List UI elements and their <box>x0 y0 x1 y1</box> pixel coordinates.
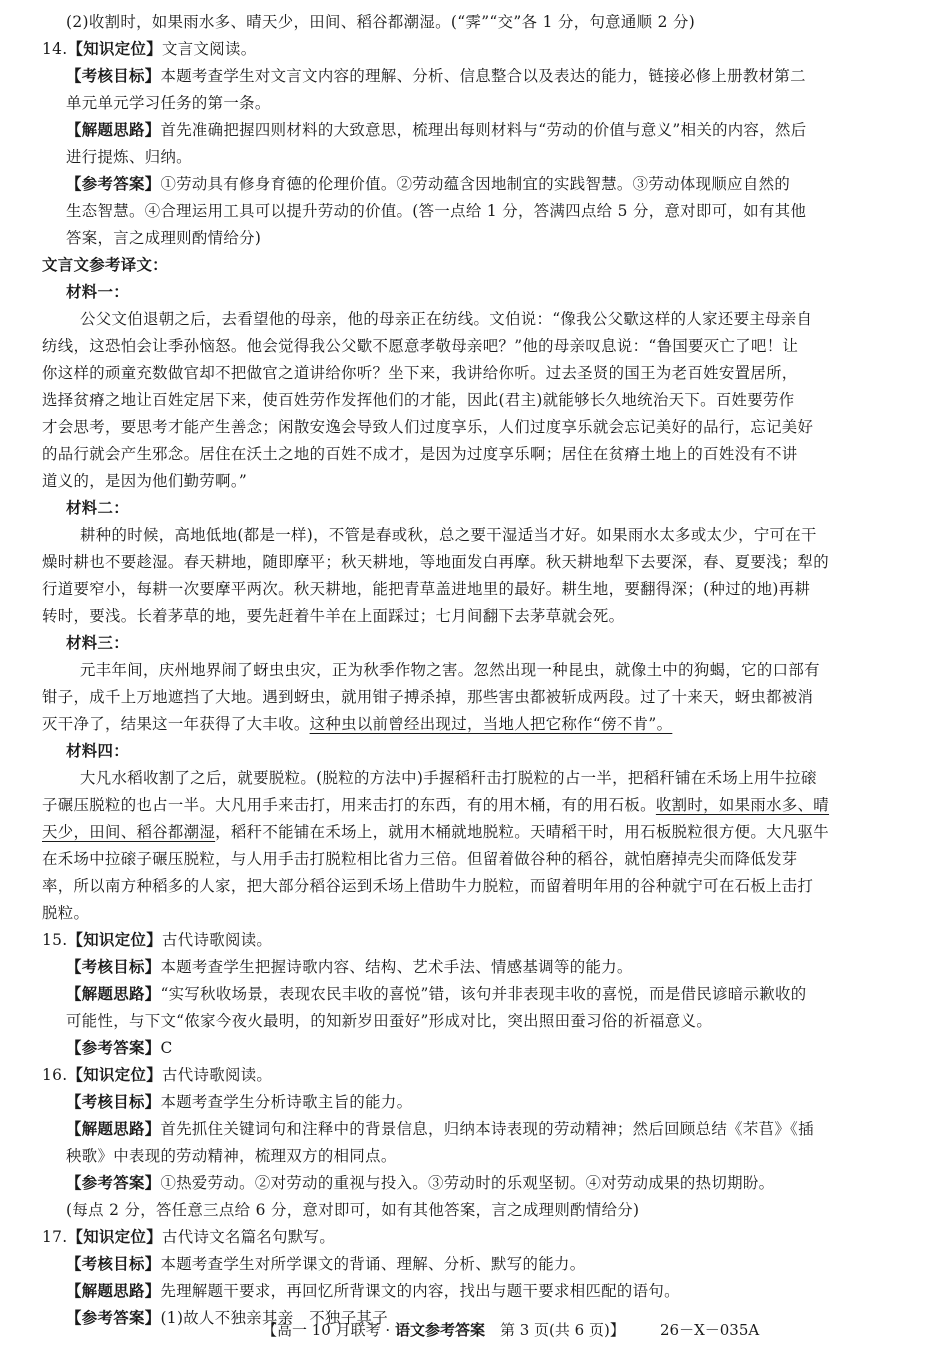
material-3-line: 元丰年间，庆州地界闹了蚜虫虫灾，正为秋季作物之害。忽然出现一种昆虫，就像土中的狗… <box>80 660 820 680</box>
goal-text: 本题考查学生对文言文内容的理解、分析、信息整合以及表达的能力，链接必修上册教材第… <box>160 67 805 85</box>
q17-goal: 【考核目标】本题考查学生对所学课文的背诵、理解、分析、默写的能力。 <box>66 1254 585 1274</box>
underlined-key-sentence: 天少，田间、稻谷都潮湿 <box>42 823 215 841</box>
knowledge-text: 古代诗文名篇名句默写。 <box>162 1228 335 1246</box>
tag-approach: 【解题思路】 <box>66 1282 160 1300</box>
q15-approach-cont: 可能性，与下文“侬家今夜火最明，的知新岁田蚕好”形成对比，突出照田蚕习俗的祈福意… <box>66 1011 712 1031</box>
material-4-line: 脱粒。 <box>42 903 89 923</box>
question-number: 15. <box>42 931 68 949</box>
footer-exam-label: 【高一 10 月联考 · <box>262 1321 395 1339</box>
material-1-line: 才会思考，要思考才能产生善念；闲散安逸会导致人们过度享乐，人们过度享乐就会忘记美… <box>42 417 813 437</box>
material-3-title: 材料三： <box>66 633 129 653</box>
approach-text: 首先准确把握四则材料的大致意思，梳理出每则材料与“劳动的价值与意义”相关的内容，… <box>160 121 806 139</box>
q13-answer-part2: (2)收割时，如果雨水多、晴天少，田间、稻谷都潮湿。(“霁”“交”各 1 分，句… <box>66 12 695 32</box>
q14-approach-cont: 进行提炼、归纳。 <box>66 147 192 167</box>
q15-knowledge: 15.【知识定位】古代诗歌阅读。 <box>42 930 272 950</box>
material-4-line: 天少，田间、稻谷都潮湿，稻秆不能铺在禾场上，就用木桶就地脱粒。天晴稻干时，用石板… <box>42 822 829 842</box>
footer-page-number: 第 3 页(共 6 页)】 <box>485 1321 625 1339</box>
q16-approach-cont: 秧歌》中表现的劳动精神，梳理双方的相同点。 <box>66 1146 397 1166</box>
tag-goal: 【考核目标】 <box>66 1255 160 1273</box>
q14-knowledge: 14.【知识定位】文言文阅读。 <box>42 39 256 59</box>
tag-answer: 【参考答案】 <box>66 1309 160 1327</box>
tag-answer: 【参考答案】 <box>66 1039 160 1057</box>
q15-answer: 【参考答案】C <box>66 1038 173 1058</box>
tag-goal: 【考核目标】 <box>66 67 160 85</box>
tag-answer: 【参考答案】 <box>66 1174 160 1192</box>
q16-knowledge: 16.【知识定位】古代诗歌阅读。 <box>42 1065 272 1085</box>
footer-doc-code: 26－X－035A <box>660 1320 759 1340</box>
material-1-line: 纺线，这恐怕会让季孙恼怒。他会觉得我公父歜不愿意孝敬母亲吧？”他的母亲叹息说：“… <box>42 336 798 356</box>
approach-text: “实写秋收场景，表现农民丰收的喜悦”错，该句并非表现丰收的喜悦，而是借民谚暗示歉… <box>160 985 806 1003</box>
material-1-line: 选择贫瘠之地让百姓定居下来，使百姓劳作发挥他们的才能，因此(君主)就能够长久地统… <box>42 390 795 410</box>
q17-knowledge: 17.【知识定位】古代诗文名篇名句默写。 <box>42 1227 335 1247</box>
question-number: 14. <box>42 40 68 58</box>
material-3-line: 灭干净了，结果这一年获得了大丰收。这种虫以前曾经出现过，当地人把它称作“傍不肯”… <box>42 714 672 734</box>
tag-knowledge: 【知识定位】 <box>68 1228 162 1246</box>
q16-answer-cont: (每点 2 分，答任意三点给 6 分，意对即可，如有其他答案，言之成理则酌情给分… <box>66 1200 639 1220</box>
material-1-line: 的品行就会产生邪念。居住在沃土之地的百姓不成才，是因为过度享乐啊；居住在贫瘠土地… <box>42 444 798 464</box>
tag-knowledge: 【知识定位】 <box>68 931 162 949</box>
q14-goal: 【考核目标】本题考查学生对文言文内容的理解、分析、信息整合以及表达的能力，链接必… <box>66 66 806 86</box>
tag-goal: 【考核目标】 <box>66 1093 160 1111</box>
material-2-line: 转时，要浅。长着茅草的地，要先赶着牛羊在上面踩过；七月间翻下去茅草就会死。 <box>42 606 624 626</box>
goal-text: 本题考查学生把握诗歌内容、结构、艺术手法、情感基调等的能力。 <box>160 958 632 976</box>
material-4-title: 材料四： <box>66 741 129 761</box>
material-1-line: 公父文伯退朝之后，去看望他的母亲，他的母亲正在纺线。文伯说：“像我公父歜这样的人… <box>80 309 812 329</box>
q16-answer: 【参考答案】①热爱劳动。②对劳动的重视与投入。③劳动时的乐观坚韧。④对劳动成果的… <box>66 1173 774 1193</box>
tag-approach: 【解题思路】 <box>66 1120 160 1138</box>
tag-approach: 【解题思路】 <box>66 121 160 139</box>
material-1-line: 你这样的顽童充数做官却不把做官之道讲给你听？坐下来，我讲给你听。过去圣贤的国王为… <box>42 363 798 383</box>
tag-knowledge: 【知识定位】 <box>68 40 162 58</box>
material-2-line: 行道要窄小，每耕一次要摩平两次。秋天耕地，能把青草盖进地里的最好。耕生地，要翻得… <box>42 579 810 599</box>
goal-text: 本题考查学生对所学课文的背诵、理解、分析、默写的能力。 <box>160 1255 585 1273</box>
plain-text: 子碾压脱粒的也占一半。大凡用手来击打，用来击打的东西，有的用木桶，有的用石板。 <box>42 796 656 814</box>
material-4-line: 大凡水稻收割了之后，就要脱粒。(脱粒的方法中)手握稻秆击打脱粒的占一半，把稻秆铺… <box>80 768 817 788</box>
q14-answer-cont2: 答案，言之成理则酌情给分) <box>66 228 261 248</box>
q16-goal: 【考核目标】本题考查学生分析诗歌主旨的能力。 <box>66 1092 412 1112</box>
material-4-line: 率，所以南方种稻多的人家，把大部分稻谷运到禾场上借助牛力脱粒，而留着明年用的谷种… <box>42 876 813 896</box>
plain-text: 灭干净了，结果这一年获得了大丰收。 <box>42 715 310 733</box>
material-1-line: 道义的，是因为他们勤劳啊。” <box>42 471 247 491</box>
material-1-title: 材料一： <box>66 282 129 302</box>
q14-approach: 【解题思路】首先准确把握四则材料的大致意思，梳理出每则材料与“劳动的价值与意义”… <box>66 120 807 140</box>
approach-text: 先理解题干要求，再回忆所背课文的内容，找出与题干要求相匹配的语句。 <box>160 1282 679 1300</box>
footer-doc-title: 语文参考答案 <box>395 1321 485 1339</box>
approach-text: 首先抓住关键词句和注释中的背景信息，归纳本诗表现的劳动精神；然后回顾总结《芣苢》… <box>160 1120 813 1138</box>
question-number: 16. <box>42 1066 68 1084</box>
underlined-key-sentence: 这种虫以前曾经出现过，当地人把它称作“傍不肯”。 <box>310 715 673 733</box>
q15-approach: 【解题思路】“实写秋收场景，表现农民丰收的喜悦”错，该句并非表现丰收的喜悦，而是… <box>66 984 807 1004</box>
material-2-title: 材料二： <box>66 498 129 518</box>
q16-approach: 【解题思路】首先抓住关键词句和注释中的背景信息，归纳本诗表现的劳动精神；然后回顾… <box>66 1119 814 1139</box>
tag-knowledge: 【知识定位】 <box>68 1066 162 1084</box>
question-number: 17. <box>42 1228 68 1246</box>
answer-key-page: (2)收割时，如果雨水多、晴天少，田间、稻谷都潮湿。(“霁”“交”各 1 分，句… <box>0 0 950 1350</box>
material-4-line: 子碾压脱粒的也占一半。大凡用手来击打，用来击打的东西，有的用木桶，有的用石板。收… <box>42 795 829 815</box>
answer-text: ①劳动具有修身育德的伦理价值。②劳动蕴含因地制宜的实践智慧。③劳动体现顺应自然的 <box>160 175 790 193</box>
material-3-line: 钳子，成千上万地遮挡了大地。遇到蚜虫，就用钳子搏杀掉，那些害虫都被斩成两段。过了… <box>42 687 813 707</box>
knowledge-text: 文言文阅读。 <box>162 40 256 58</box>
q14-answer-cont: 生态智慧。④合理运用工具可以提升劳动的价值。(答一点给 1 分，答满四点给 5 … <box>66 201 806 221</box>
q14-answer: 【参考答案】①劳动具有修身育德的伦理价值。②劳动蕴含因地制宜的实践智慧。③劳动体… <box>66 174 790 194</box>
goal-text: 本题考查学生分析诗歌主旨的能力。 <box>160 1093 412 1111</box>
material-4-line: 在禾场中拉磙子碾压脱粒，与人用手击打脱粒相比省力三倍。但留着做谷种的稻谷，就怕磨… <box>42 849 798 869</box>
tag-goal: 【考核目标】 <box>66 958 160 976</box>
plain-text: ，稻秆不能铺在禾场上，就用木桶就地脱粒。天晴稻干时，用石板脱粒很方便。大凡驱牛 <box>215 823 829 841</box>
knowledge-text: 古代诗歌阅读。 <box>162 1066 272 1084</box>
underlined-key-sentence: 收割时，如果雨水多、晴 <box>656 796 829 814</box>
tag-approach: 【解题思路】 <box>66 985 160 1003</box>
tag-answer: 【参考答案】 <box>66 175 160 193</box>
answer-text: C <box>160 1039 172 1057</box>
knowledge-text: 古代诗歌阅读。 <box>162 931 272 949</box>
translation-heading: 文言文参考译文： <box>42 255 168 275</box>
q14-goal-cont: 单元单元学习任务的第一条。 <box>66 93 271 113</box>
answer-text: ①热爱劳动。②对劳动的重视与投入。③劳动时的乐观坚韧。④对劳动成果的热切期盼。 <box>160 1174 774 1192</box>
material-2-line: 耕种的时候，高地低地(都是一样)，不管是春或秋，总之要干湿适当才好。如果雨水太多… <box>80 525 817 545</box>
q17-approach: 【解题思路】先理解题干要求，再回忆所背课文的内容，找出与题干要求相匹配的语句。 <box>66 1281 680 1301</box>
q15-goal: 【考核目标】本题考查学生把握诗歌内容、结构、艺术手法、情感基调等的能力。 <box>66 957 633 977</box>
material-2-line: 燥时耕也不要趁湿。春天耕地，随即摩平；秋天耕地，等地面发白再摩。秋天耕地犁下去要… <box>42 552 829 572</box>
page-footer: 【高一 10 月联考 · 语文参考答案 第 3 页(共 6 页)】 <box>262 1320 625 1340</box>
